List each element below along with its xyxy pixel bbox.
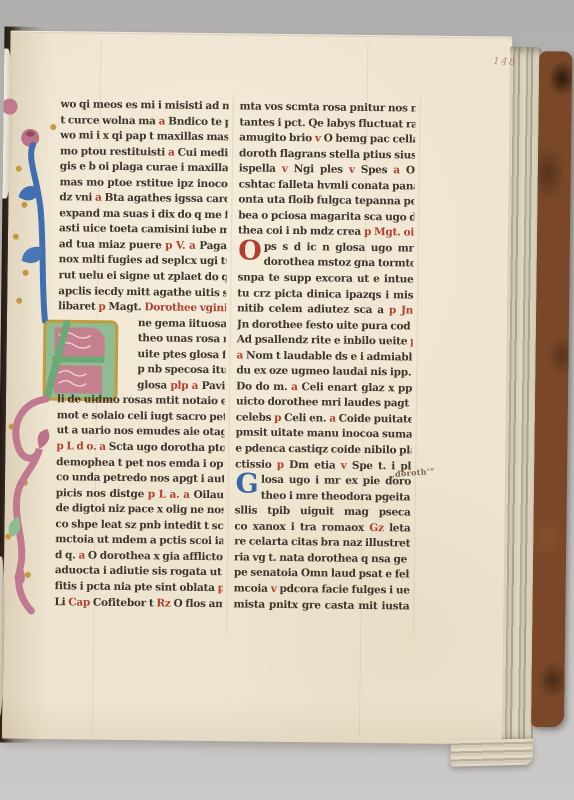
manuscript-line: rut uelu ei signe ut zplaet do q [58, 268, 226, 286]
manuscript-line: libaret p Magt. Dorothee vginis [58, 299, 226, 317]
acanthus-stem [29, 145, 47, 321]
body-text: t curce wolna ma [60, 114, 158, 127]
rubric-text: p V. a [165, 239, 196, 251]
body-text: O [400, 165, 415, 177]
body-text: demophea t pet nos emda i opur [56, 456, 224, 470]
body-text: apclis iecdy mitt agathe uitis scor [58, 285, 226, 299]
body-text: losa ugo i mr ex pie doro [261, 474, 411, 488]
rubric-text: p L a. a [148, 488, 190, 501]
book: 148 „doroth’” [0, 0, 574, 800]
body-text: onta uta floib fulgca tepanna po [238, 194, 414, 208]
body-text: tu crz picta dinica ipazqs i mis [237, 287, 413, 301]
body-text: mcoia [234, 582, 271, 594]
rubric-text: Dorothee vginis [144, 301, 226, 314]
body-text: bea o pciosa magarita sca ugo doro [238, 209, 414, 223]
rubric-text: p [218, 582, 223, 594]
manuscript-line: amugito brio v O bemg pac cella [239, 130, 415, 148]
rubric-text: plp a [170, 379, 198, 391]
body-text: re celarta citas bra naz illustret ua [234, 536, 410, 550]
body-text: pdcora facie fulges i ue [277, 583, 410, 597]
body-text: Coide puitate [336, 413, 412, 426]
rubric-text: p L d o. a [56, 440, 106, 453]
body-text: gis e b oi plaga curae i maxillas [60, 160, 228, 174]
acanthus-curl [38, 429, 50, 449]
manuscript-line: nitib celem adiutez sca a p Jn [237, 301, 413, 319]
body-text: Spes [355, 164, 394, 176]
manuscript-photo: 148 „doroth’” [0, 0, 574, 800]
body-text: wo qi meos es mi i misisti ad me ap [61, 98, 229, 112]
body-text: cshtac falleta hvmli conata pana [239, 178, 415, 192]
body-text: mas mo ptoe rstitue ipz inoco [60, 176, 228, 190]
body-text: expand ma suas i dix do q me fe [59, 207, 227, 221]
manuscript-line: p L d o. a Scta ugo dorotha pto [56, 439, 224, 457]
body-text: snpa te supp excora ut e intue [237, 271, 413, 285]
body-text: ne gema iituosa doro [138, 317, 226, 330]
body-text: uite ptes glosa fis [137, 348, 225, 361]
bottom-page-stack [451, 739, 533, 767]
lombard-initial-G: G [235, 470, 259, 500]
body-text: d q. [55, 549, 79, 561]
manuscript-line: mista pnitx gre casta mit iusta [233, 597, 409, 615]
manuscript-line: Li Cap Cofitebor t Rz O flos ame [54, 595, 222, 613]
body-text: Pavi [198, 380, 225, 392]
body-text: pmsit uitate manu inocoa suma [236, 427, 412, 441]
manuscript-line: losa ugo i mr ex pie doro [235, 472, 411, 490]
body-text: tantes i pct. Qe labys fluctuat rat [239, 116, 415, 130]
body-text: Celi enart glaz x pp [298, 381, 413, 394]
body-text: Cofitebor t [90, 596, 156, 609]
body-text: Li [54, 596, 68, 608]
text-column-left: wo qi meos es mi i misisti ad me apt cur… [54, 97, 228, 612]
acanthus-leaf [18, 186, 38, 201]
body-text: leta [384, 522, 411, 534]
body-text: co xanox i tra romaox [234, 520, 369, 534]
body-text: O flos ame [171, 597, 223, 610]
lombard-initial-O: O [238, 236, 262, 266]
manuscript-line: wo qi meos es mi i misisti ad me ap [60, 97, 228, 115]
body-text: theo i mre theodora pgeita e [261, 489, 411, 503]
body-text: Scta ugo dorotha pto [106, 441, 225, 454]
body-text: celebs [236, 411, 275, 423]
folio-number: 148 [493, 56, 517, 68]
acanthus-leaf [22, 247, 42, 264]
body-text: Nom t laudable ds e i admiable [243, 349, 413, 363]
body-text: Dm etia [284, 459, 341, 472]
body-text: libaret [58, 300, 98, 312]
body-text: Bta agathes igssa carce [102, 192, 228, 206]
body-text: aduocta i adiutie sis rogata ut de [55, 565, 223, 579]
body-text: mot e solaio celi iugt sacro petimus [57, 409, 225, 423]
body-text: mo ptou restituisti [60, 145, 168, 158]
body-text: Spe t. i pl [347, 459, 412, 472]
body-text: Paga [196, 240, 227, 252]
body-text: picis nos distge [56, 487, 148, 500]
body-text: fitis i pcta nia pte sint oblata [55, 580, 218, 594]
body-text: nox mlti fugies ad seplcx ugi tule [59, 254, 227, 268]
rubric-text: p Cen [410, 336, 413, 348]
body-text: amugito brio [239, 131, 315, 144]
manuscript-line: mta vos scmta rosa pnitur nos na [239, 99, 415, 117]
body-text: glosa [137, 379, 170, 391]
manuscript-line: Ad psallendz rite e inbilo ueite p Cen [237, 333, 413, 351]
manuscript-line: co unda petredo nos apgt i auti [56, 470, 224, 488]
body-text: sllis tpib uiguit mag pseca [235, 505, 411, 519]
rubric-text: Cap [68, 596, 90, 608]
body-text: theo unas rosa mdi [138, 332, 226, 345]
body-text: Oilau [190, 488, 224, 500]
body-text: ria vg t. nata dorothea q nsa ge sti [234, 551, 410, 565]
body-text: Magt. [105, 301, 144, 313]
manuscript-line: e pdenca castiqz coide nibilo plam [235, 441, 411, 459]
manuscript-line: mctoia ut mdem a pctis scoi ia p L [55, 532, 223, 550]
body-text: dorothea mstoz gna tormtoz [264, 256, 414, 270]
body-text: Cui medi [175, 146, 229, 159]
body-text: du ex oze ugmeo laudai nis ipp. [236, 365, 412, 379]
body-text: mta vos scmta rosa pnitur nos na [240, 100, 416, 114]
body-text: co shpe leat sz pnb intedit t sca [55, 518, 223, 532]
body-text: ad tua miaz puere [59, 238, 165, 251]
manuscript-line: sllis tpib uiguit mag pseca [235, 504, 411, 522]
text-column-right: mta vos scmta rosa pnitur nos natantes i… [233, 99, 415, 614]
body-text: e pdenca castiqz coide nibilo plam [235, 442, 411, 456]
body-text: rut uelu ei signe ut zplaet do q [58, 269, 226, 283]
leather-cover-edge [531, 51, 572, 727]
body-text: ps s d ic n glosa ugo mr [264, 241, 414, 255]
body-text: li de uidmo rosas mtit notaio ep [57, 394, 225, 408]
body-text: doroth flagrans stella ptius sius [239, 147, 415, 161]
manuscript-line: mcoia v pdcora facie fulges i ue [234, 581, 410, 599]
body-text: dz vni [59, 191, 95, 203]
body-text: mista pnitx gre casta mit iusta [233, 598, 409, 612]
body-text: Ad psallendz rite e inbilo ueite [237, 334, 410, 348]
body-text: mctoia ut mdem a pctis scoi ia [55, 533, 223, 547]
body-text: Ngi ples [288, 163, 349, 176]
body-text: Jn dorothee festo uite pura cod psito [237, 318, 413, 332]
body-text: uicto dorothee mri laudes pagt uor [236, 396, 412, 410]
body-text: wo mi i x qi pap t maxillas mas [60, 129, 228, 143]
rubric-text: Rz [156, 597, 170, 609]
manuscript-line: dz vni a Bta agathes igssa carce [59, 190, 227, 208]
body-text: co unda petredo nos apgt i auti [56, 471, 224, 485]
body-text: pe senatoia Omn laud psat e felix [234, 567, 410, 581]
body-text: ut a uario nos emudes aie otagio [57, 425, 225, 439]
manuscript-line: snpa te supp excora ut e intue [237, 270, 413, 288]
rubric-text: Gz [369, 522, 384, 534]
pink-petal-icon [1, 98, 17, 114]
manuscript-line: fitis i pcta nia pte sint oblata p [55, 579, 223, 597]
body-text: Bndico te pat [165, 115, 228, 128]
body-text: nitib celem adiutez sca a [237, 302, 389, 316]
body-text: ispella [239, 163, 282, 176]
body-text: asti uice toeta camisini iube me do [59, 223, 227, 237]
manuscript-line: de digtoi niz pace x olig ne nosd [56, 501, 224, 519]
manuscript-line: ispella v Ngi ples v Spes a O [239, 162, 415, 180]
body-text: Celi en. [281, 412, 329, 425]
body-text: p nb specosa ituete [137, 363, 225, 376]
rubric-text: p Jn [389, 304, 413, 316]
body-text: O bemg pac cella [321, 132, 416, 145]
body-text: O dorothea x gia afflictoz [85, 549, 223, 563]
body-text: Do do m. [236, 380, 291, 393]
body-text: de digtoi niz pace x olig ne nosd [56, 502, 224, 516]
manuscript-line: wo mi i x qi pap t maxillas mas [60, 128, 228, 146]
acanthus-leaf-pink [14, 567, 25, 587]
rubric-text: p Mgt. oi [364, 226, 414, 239]
manuscript-line: gis e b oi plaga curae i maxillas [60, 159, 228, 177]
